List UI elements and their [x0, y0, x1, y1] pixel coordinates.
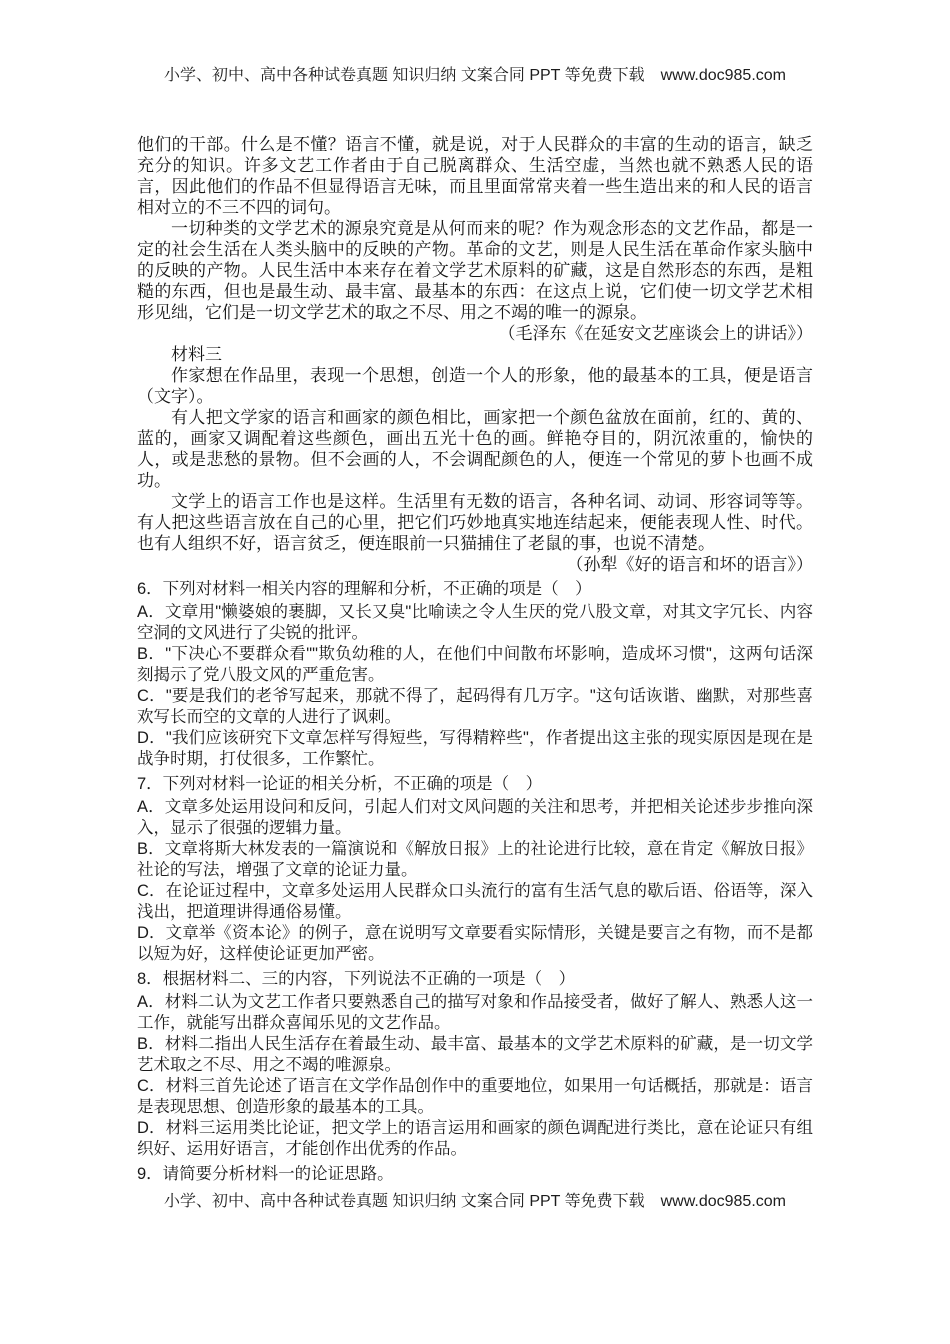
question-8-option-a: A．材料二认为文艺工作者只要熟悉自己的描写对象和作品接受者，做好了解人、熟悉人这…: [137, 992, 813, 1034]
question-7-option-b: B．文章将斯大林发表的一篇演说和《解放日报》上的社论进行比较，意在肯定《解放日报…: [137, 839, 813, 881]
passage-paragraph-language-work: 文学上的语言工作也是这样。生活里有无数的语言，各种名词、动词、形容词等等。有人把…: [137, 491, 813, 554]
passage-section: 他们的干部。什么是不懂？语言不懂，就是说，对于人民群众的丰富的生动的语言，缺乏充…: [137, 134, 813, 575]
question-6-option-a: A．文章用"懒婆娘的裹脚，又长又臭"比喻读之令人生厌的党八股文章，对其文字冗长、…: [137, 602, 813, 644]
question-6-option-b: B．"下决心不要群众看""欺负幼稚的人，在他们中间散布坏影响，造成坏习惯"，这两…: [137, 644, 813, 686]
question-6-option-c: C．"要是我们的老爷写起来，那就不得了，起码得有几万字。"这句话诙谐、幽默，对那…: [137, 686, 813, 728]
question-6-option-d: D．"我们应该研究下文章怎样写得短些，写得精粹些"，作者提出这主张的现实原因是现…: [137, 728, 813, 770]
question-7-stem: 7．下列对材料一论证的相关分析，不正确的项是（ ）: [137, 774, 813, 795]
question-6-stem: 6．下列对材料一相关内容的理解和分析，不正确的项是（ ）: [137, 579, 813, 600]
document-page: { "colors": { "background": "#ffffff", "…: [0, 0, 950, 1344]
question-7-option-d: D．文章举《资本论》的例子，意在说明写文章要看实际情形，关键是要言之有物，而不是…: [137, 923, 813, 965]
question-8-option-b: B．材料二指出人民生活存在着最生动、最丰富、最基本的文学艺术原料的矿藏，是一切文…: [137, 1034, 813, 1076]
attribution-mao-zedong: （毛泽东《在延安文艺座谈会上的讲话》）: [137, 323, 813, 344]
passage-paragraph-writer-tool: 作家想在作品里，表现一个思想，创造一个人的形象，他的最基本的工具，便是语言（文字…: [137, 365, 813, 407]
question-7-option-c: C．在论证过程中，文章多处运用人民群众口头流行的富有生活气息的歇后语、俗语等，深…: [137, 881, 813, 923]
question-9-stem: 9．请简要分析材料一的论证思路。: [137, 1164, 813, 1185]
question-8-stem: 8．根据材料二、三的内容，下列说法不正确的一项是（ ）: [137, 969, 813, 990]
question-8-option-c: C．材料三首先论述了语言在文学作品创作中的重要地位，如果用一句话概括，那就是：语…: [137, 1076, 813, 1118]
passage-paragraph-source: 一切种类的文学艺术的源泉究竟是从何而来的呢？作为观念形态的文艺作品，都是一定的社…: [137, 218, 813, 323]
question-7-option-a: A．文章多处运用设问和反问，引起人们对文风问题的关注和思考，并把相关论述步步推向…: [137, 797, 813, 839]
attribution-sun-li: （孙犁《好的语言和坏的语言》）: [137, 554, 813, 575]
page-footer: 小学、初中、高中各种试卷真题 知识归纳 文案合同 PPT 等免费下载 www.d…: [0, 1188, 950, 1211]
passage-paragraph-painter-analogy: 有人把文学家的语言和画家的颜色相比，画家把一个颜色盆放在面前，红的、黄的、蓝的，…: [137, 407, 813, 491]
material-three-heading: 材料三: [137, 344, 813, 365]
question-8-option-d: D．材料三运用类比论证，把文学上的语言运用和画家的颜色调配进行类比，意在论证只有…: [137, 1118, 813, 1160]
questions-section: 6．下列对材料一相关内容的理解和分析，不正确的项是（ ） A．文章用"懒婆娘的裹…: [137, 579, 813, 1185]
page-header: 小学、初中、高中各种试卷真题 知识归纳 文案合同 PPT 等免费下载 www.d…: [0, 0, 950, 85]
passage-paragraph-continuation: 他们的干部。什么是不懂？语言不懂，就是说，对于人民群众的丰富的生动的语言，缺乏充…: [137, 134, 813, 218]
